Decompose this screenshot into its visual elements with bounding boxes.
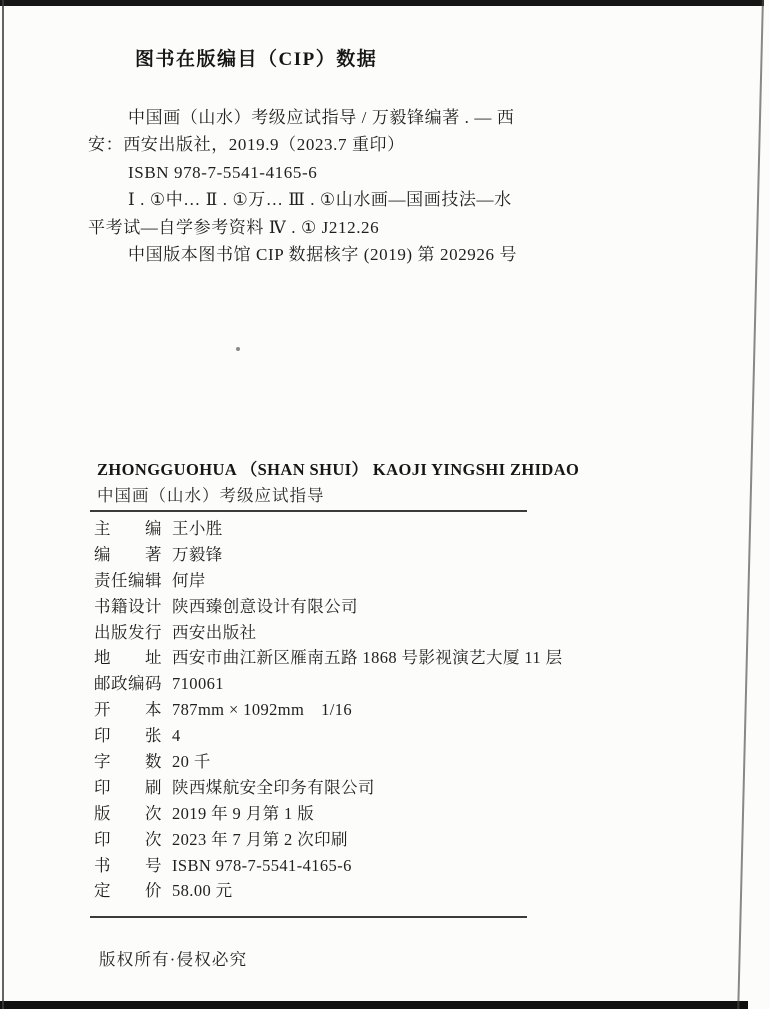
- scan-edge-right: [737, 0, 764, 1009]
- colophon-label: 书 号: [94, 853, 164, 879]
- colophon-row: 书籍设计陕西臻创意设计有限公司: [94, 594, 734, 620]
- colophon-value: 王小胜: [172, 519, 223, 538]
- colophon-label: 责任编辑: [94, 568, 164, 594]
- colophon-row: 版 次2019 年 9 月第 1 版: [94, 801, 734, 827]
- colophon-value: 何岸: [172, 571, 206, 590]
- cip-line: 中国版本图书馆 CIP 数据核字 (2019) 第 202926 号: [88, 241, 568, 268]
- colophon-value: 万毅锋: [172, 545, 223, 564]
- colophon-label: 印 张: [94, 723, 164, 749]
- colophon-row: 字 数20 千: [94, 749, 734, 775]
- colophon-label: 版 次: [94, 801, 164, 827]
- colophon-row: 开 本787mm × 1092mm 1/16: [94, 697, 734, 723]
- colophon-row: 书 号ISBN 978-7-5541-4165-6: [94, 853, 734, 879]
- cip-line: 安：西安出版社，2019.9（2023.7 重印）: [88, 131, 568, 158]
- colophon-label: 印 次: [94, 827, 164, 853]
- colophon-label: 地 址: [94, 645, 164, 671]
- colophon-value: 2023 年 7 月第 2 次印刷: [172, 830, 348, 849]
- colophon-value: 4: [172, 726, 181, 745]
- cip-line: 中国画（山水）考级应试指导 / 万毅锋编著 . — 西: [88, 104, 568, 131]
- copyright-notice: 版权所有·侵权必究: [99, 946, 247, 970]
- colophon-value: ISBN 978-7-5541-4165-6: [172, 856, 352, 875]
- colophon-value: 西安出版社: [172, 623, 257, 642]
- colophon-row: 出版发行西安出版社: [94, 620, 734, 646]
- colophon-value: 787mm × 1092mm 1/16: [172, 700, 352, 719]
- colophon-label: 印 刷: [94, 775, 164, 801]
- colophon-label: 书籍设计: [94, 594, 164, 620]
- colophon-value: 58.00 元: [172, 881, 233, 900]
- colophon-label: 出版发行: [94, 620, 164, 646]
- colophon-row: 定 价58.00 元: [94, 878, 734, 904]
- colophon-label: 编 著: [94, 542, 164, 568]
- colophon-value: 20 千: [172, 752, 211, 771]
- book-title-chinese: 中国画（山水）考级应试指导: [97, 482, 325, 506]
- colophon-label: 定 价: [94, 878, 164, 904]
- divider-top: [90, 510, 527, 512]
- colophon-row: 印 张4: [94, 723, 734, 749]
- colophon-row: 主 编王小胜: [94, 516, 734, 542]
- colophon-row: 编 著万毅锋: [94, 542, 734, 568]
- cip-record: 中国画（山水）考级应试指导 / 万毅锋编著 . — 西 安：西安出版社，2019…: [88, 104, 568, 268]
- cip-heading: 图书在版编目（CIP）数据: [135, 44, 377, 71]
- scan-speck: [236, 347, 240, 351]
- scan-edge-top: [0, 0, 764, 6]
- colophon-label: 主 编: [94, 516, 164, 542]
- book-title-pinyin: ZHONGGUOHUA （SHAN SHUI） KAOJI YINGSHI ZH…: [97, 456, 579, 480]
- cip-line: ISBN 978-7-5541-4165-6: [88, 159, 568, 186]
- colophon-value: 陕西臻创意设计有限公司: [172, 597, 358, 616]
- cip-line: 平考试—自学参考资料 Ⅳ . ① J212.26: [88, 214, 568, 241]
- colophon-value: 西安市曲江新区雁南五路 1868 号影视演艺大厦 11 层: [172, 648, 563, 667]
- colophon-row: 印 刷陕西煤航安全印务有限公司: [94, 775, 734, 801]
- colophon-value: 2019 年 9 月第 1 版: [172, 804, 314, 823]
- colophon-row: 邮政编码710061: [94, 671, 734, 697]
- colophon-row: 地 址西安市曲江新区雁南五路 1868 号影视演艺大厦 11 层: [94, 645, 734, 671]
- scan-edge-bottom: [0, 1001, 748, 1009]
- colophon-list: 主 编王小胜 编 著万毅锋 责任编辑何岸 书籍设计陕西臻创意设计有限公司 出版发…: [94, 516, 734, 904]
- scanned-copyright-page: 图书在版编目（CIP）数据 中国画（山水）考级应试指导 / 万毅锋编著 . — …: [0, 0, 770, 1009]
- colophon-value: 陕西煤航安全印务有限公司: [172, 778, 375, 797]
- colophon-row: 印 次2023 年 7 月第 2 次印刷: [94, 827, 734, 853]
- colophon-label: 开 本: [94, 697, 164, 723]
- colophon-value: 710061: [172, 674, 224, 693]
- cip-line: Ⅰ . ①中… Ⅱ . ①万… Ⅲ . ①山水画—国画技法—水: [88, 186, 568, 213]
- divider-bottom: [90, 916, 527, 918]
- colophon-label: 字 数: [94, 749, 164, 775]
- colophon-label: 邮政编码: [94, 671, 164, 697]
- colophon-row: 责任编辑何岸: [94, 568, 734, 594]
- scan-edge-left: [2, 0, 4, 1009]
